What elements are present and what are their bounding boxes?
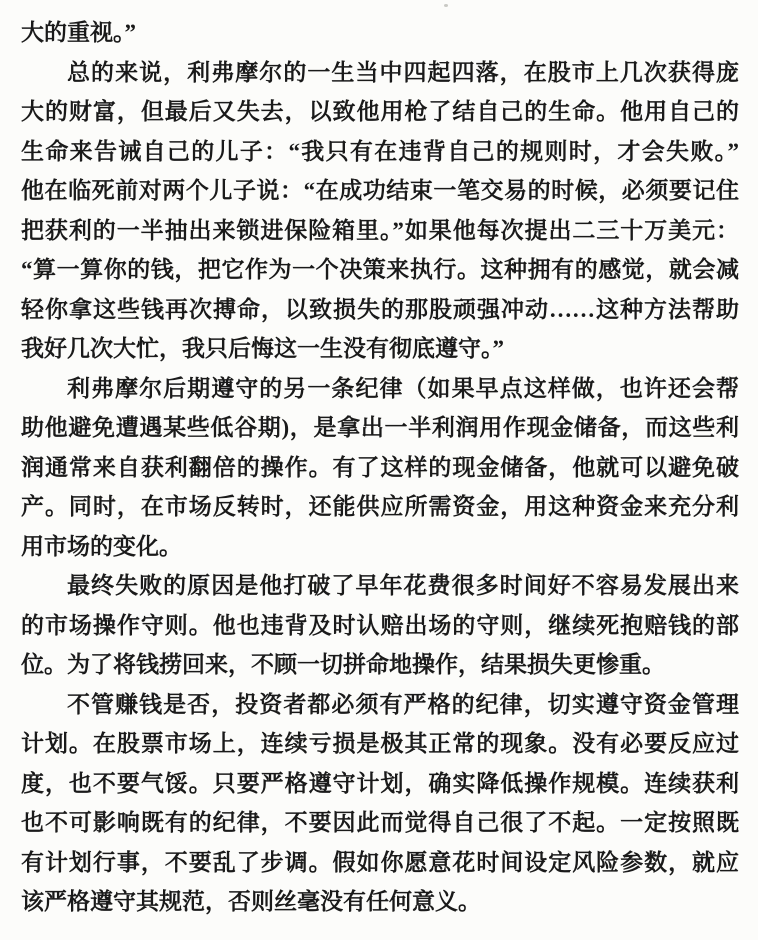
text-line: 润通常来自获利翻倍的操作。有了这样的现金储备，他就可以避免破 bbox=[21, 448, 739, 488]
scan-speck bbox=[444, 4, 448, 7]
text-line: 助他避免遭遇某些低谷期)，是拿出一半利润用作现金储备，而这些利 bbox=[21, 408, 739, 448]
text-line: 把获利的一半抽出来锁进保险箱里。”如果他每次提出二三十万美元： bbox=[21, 211, 739, 251]
text-line: 有计划行事，不要乱了步调。假如你愿意花时间设定风险参数，就应 bbox=[21, 843, 739, 883]
page-text: 大的重视。”总的来说，利弗摩尔的一生当中四起四落，在股市上几次获得庞大的财富，但… bbox=[21, 13, 739, 922]
book-page: 大的重视。”总的来说，利弗摩尔的一生当中四起四落，在股市上几次获得庞大的财富，但… bbox=[0, 0, 758, 940]
text-line: “算一算你的钱，把它作为一个决策来执行。这种拥有的感觉，就会减 bbox=[21, 250, 739, 290]
text-line: 位。为了将钱捞回来，不顾一切拼命地操作，结果损失更惨重。 bbox=[21, 645, 739, 685]
text-line: 最终失败的原因是他打破了早年花费很多时间好不容易发展出来 bbox=[21, 566, 739, 606]
text-line: 产。同时，在市场反转时，还能供应所需资金，用这种资金来充分利 bbox=[21, 487, 739, 527]
text-line: 大的重视。” bbox=[21, 13, 739, 53]
text-line: 利弗摩尔后期遵守的另一条纪律（如果早点这样做，也许还会帮 bbox=[21, 369, 739, 409]
text-line: 生命来告诫自己的儿子：“我只有在违背自己的规则时，才会失败。” bbox=[21, 132, 739, 172]
text-line: 我好几次大忙，我只后悔这一生没有彻底遵守。” bbox=[21, 329, 739, 369]
text-line: 他在临死前对两个儿子说：“在成功结束一笔交易的时候，必须要记住 bbox=[21, 171, 739, 211]
text-line: 的市场操作守则。他也违背及时认赔出场的守则，继续死抱赔钱的部 bbox=[21, 606, 739, 646]
text-line: 总的来说，利弗摩尔的一生当中四起四落，在股市上几次获得庞 bbox=[21, 53, 739, 93]
text-line: 轻你拿这些钱再次搏命，以致损失的那股顽强冲动……这种方法帮助 bbox=[21, 290, 739, 330]
text-line: 也不可影响既有的纪律，不要因此而觉得自己很了不起。一定按照既 bbox=[21, 803, 739, 843]
text-line: 不管赚钱是否，投资者都必须有严格的纪律，切实遵守资金管理 bbox=[21, 685, 739, 725]
text-line: 用市场的变化。 bbox=[21, 527, 739, 567]
text-line: 该严格遵守其规范，否则丝毫没有任何意义。 bbox=[21, 882, 739, 922]
text-line: 计划。在股票市场上，连续亏损是极其正常的现象。没有必要反应过 bbox=[21, 724, 739, 764]
text-line: 度，也不要气馁。只要严格遵守计划，确实降低操作规模。连续获利 bbox=[21, 764, 739, 804]
text-line: 大的财富，但最后又失去，以致他用枪了结自己的生命。他用自己的 bbox=[21, 92, 739, 132]
